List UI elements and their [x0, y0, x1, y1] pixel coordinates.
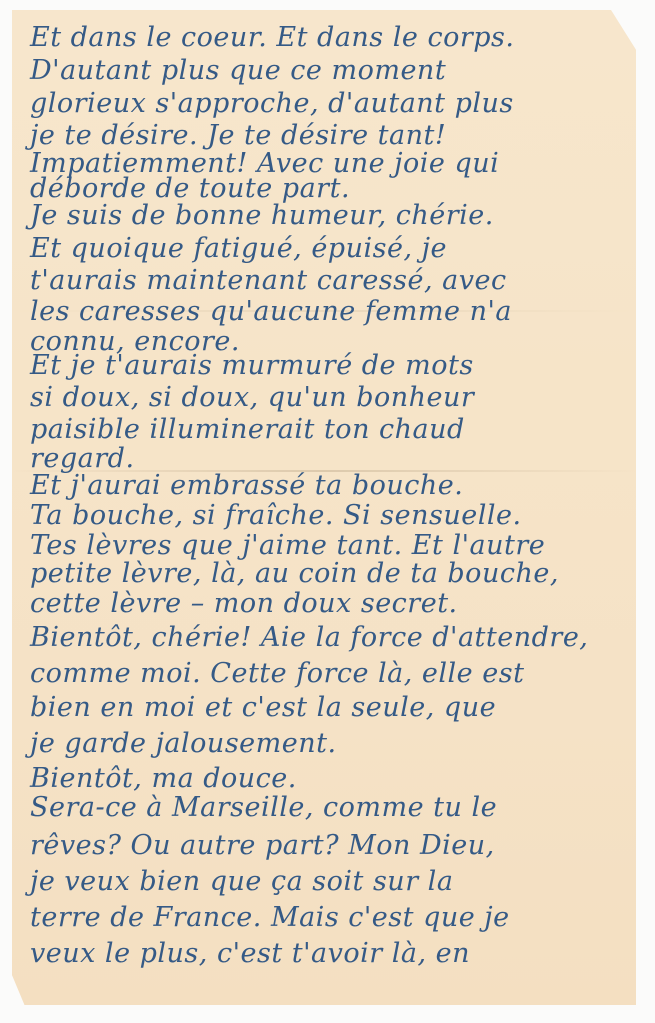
- letter-line: je garde jalousement.: [30, 728, 337, 759]
- letter-line: les caresses qu'aucune femme n'a: [30, 296, 512, 327]
- letter-line: bien en moi et c'est la seule, que: [30, 692, 496, 723]
- letter-line: terre de France. Mais c'est que je: [30, 902, 510, 933]
- letter-line: Sera-ce à Marseille, comme tu le: [30, 792, 497, 823]
- letter-line: si doux, si doux, qu'un bonheur: [30, 382, 474, 413]
- letter-line: glorieux s'approche, d'autant plus: [30, 88, 514, 119]
- letter-line: petite lèvre, là, au coin de ta bouche,: [30, 558, 559, 589]
- letter-line: Et quoique fatigué, épuisé, je: [30, 233, 447, 264]
- letter-line: t'aurais maintenant caressé, avec: [30, 265, 507, 296]
- letter-line: Et je t'aurais murmuré de mots: [30, 350, 474, 381]
- letter-line: Tes lèvres que j'aime tant. Et l'autre: [30, 530, 545, 561]
- letter-line: Bientôt, ma douce.: [30, 763, 297, 794]
- letter-line: Je suis de bonne humeur, chérie.: [30, 200, 494, 231]
- letter-line: Et dans le coeur. Et dans le corps.: [30, 22, 514, 53]
- letter-line: je te désire. Je te désire tant!: [30, 120, 446, 151]
- letter-line: Ta bouche, si fraîche. Si sensuelle.: [30, 500, 522, 531]
- letter-line: Et j'aurai embrassé ta bouche.: [30, 470, 463, 501]
- letter-line: veux le plus, c'est t'avoir là, en: [30, 938, 470, 969]
- letter-line: cette lèvre – mon doux secret.: [30, 588, 458, 619]
- letter-line: rêves? Ou autre part? Mon Dieu,: [30, 830, 495, 861]
- letter-line: je veux bien que ça soit sur la: [30, 866, 453, 897]
- letter-line: D'autant plus que ce moment: [30, 55, 446, 86]
- letter-line: Bientôt, chérie! Aie la force d'attendre…: [30, 622, 588, 653]
- letter-line: paisible illuminerait ton chaud: [30, 414, 465, 445]
- letter-line: comme moi. Cette force là, elle est: [30, 658, 524, 689]
